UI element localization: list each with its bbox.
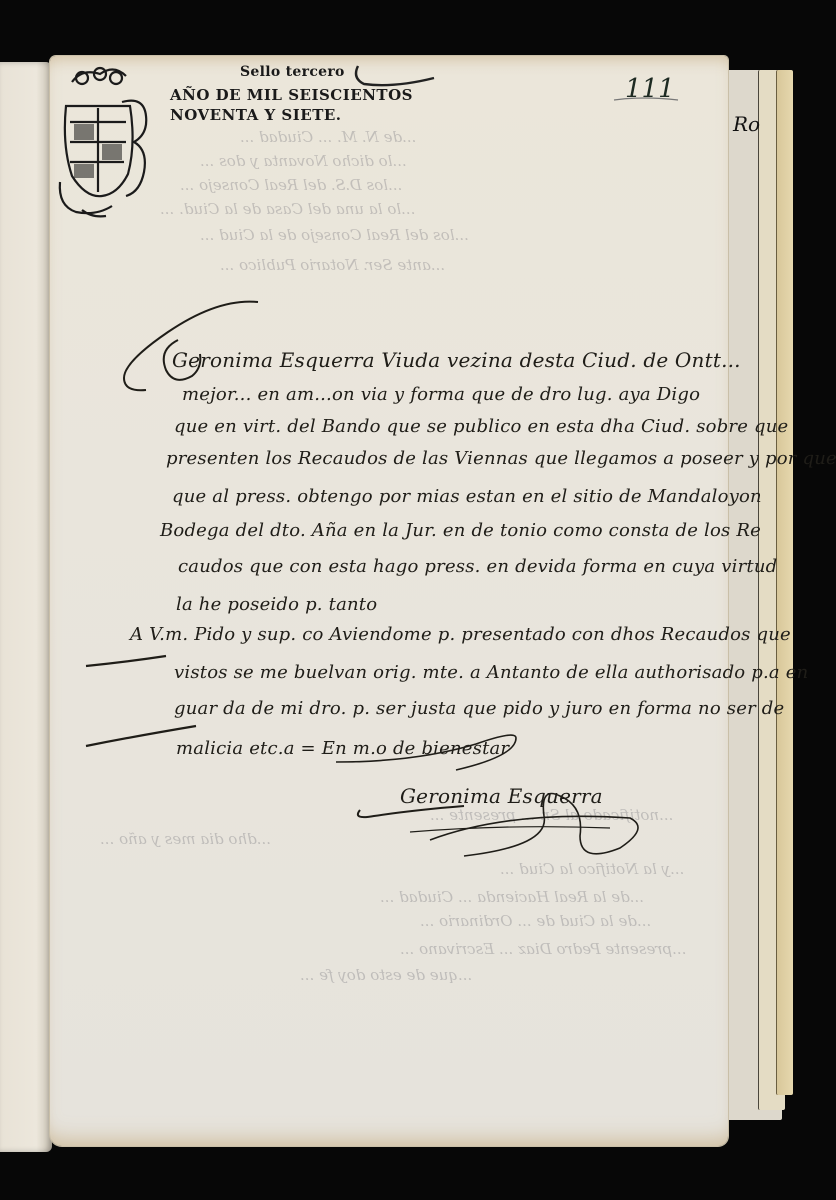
bleed-through-line: ...y la Notifico la Ciud ... (500, 860, 684, 878)
edge-mark: Ro (733, 112, 760, 136)
bleed-through-line: ...presente Pedro Diaz ... Escrivano ... (400, 940, 686, 958)
bleed-through-line: ...de la Ciud de ... Ordinario ... (420, 912, 651, 930)
manuscript-line: Geronima Esquerra Viuda vezina desta Ciu… (172, 348, 741, 372)
bleed-through-line: ...lo dicho Novanta y dos ... (200, 152, 407, 170)
facing-page-edge (0, 62, 52, 1152)
manuscript-line: la he poseido p. tanto (176, 594, 377, 615)
manuscript-line: vistos se me buelvan orig. mte. a Antant… (174, 662, 808, 683)
margin-stroke (80, 640, 200, 750)
bleed-through-line: ...que de esto doy fe ... (300, 966, 472, 984)
bleed-through-line: ...los del Real Consejo de la Ciud ... (200, 226, 469, 244)
folio-underline (612, 94, 682, 106)
bleed-through-line: ...de N. M. ... Ciudad ... (240, 128, 416, 146)
manuscript-line: Bodega del dto. Aña en la Jur. en de ton… (160, 520, 761, 541)
manuscript-line: presenten los Recaudos de las Viennas qu… (166, 448, 836, 469)
bleed-through-line: ...lo la una del Casa de la Ciud. ... (160, 200, 415, 218)
manuscript-line: que al press. obtengo por mias estan en … (172, 486, 762, 507)
closing-flourish (330, 722, 530, 772)
manuscript-line: que en virt. del Bando que se publico en… (174, 416, 788, 437)
bleed-through-line: ...dho dia mes y año ... (100, 830, 271, 848)
stamp-flourish-icon (350, 60, 440, 90)
bleed-through-line: ...de la Real Hacienda ... Ciudad ... (380, 888, 644, 906)
manuscript-line: caudos que con esta hago press. en devid… (178, 556, 777, 577)
manuscript-line: mejor... en am...on via y forma que de d… (182, 384, 700, 405)
bleed-through-line: ...ante Ser. Notario Publico ... (220, 256, 445, 274)
manuscript-line: guar da de mi dro. p. ser justa que pido… (174, 698, 784, 719)
stamp-title: Sello tercero (240, 64, 345, 80)
page-stack-edge (776, 70, 793, 1095)
bleed-through-line: ...los D.S. del Real Consejo ... (180, 176, 402, 194)
manuscript-line: A V.m. Pido y sup. co Aviendome p. prese… (130, 624, 791, 645)
stamp-year-line-2: NOVENTA Y SIETE. (170, 106, 342, 124)
signature-rubric-icon (350, 770, 640, 860)
royal-coat-of-arms-icon (52, 62, 152, 222)
